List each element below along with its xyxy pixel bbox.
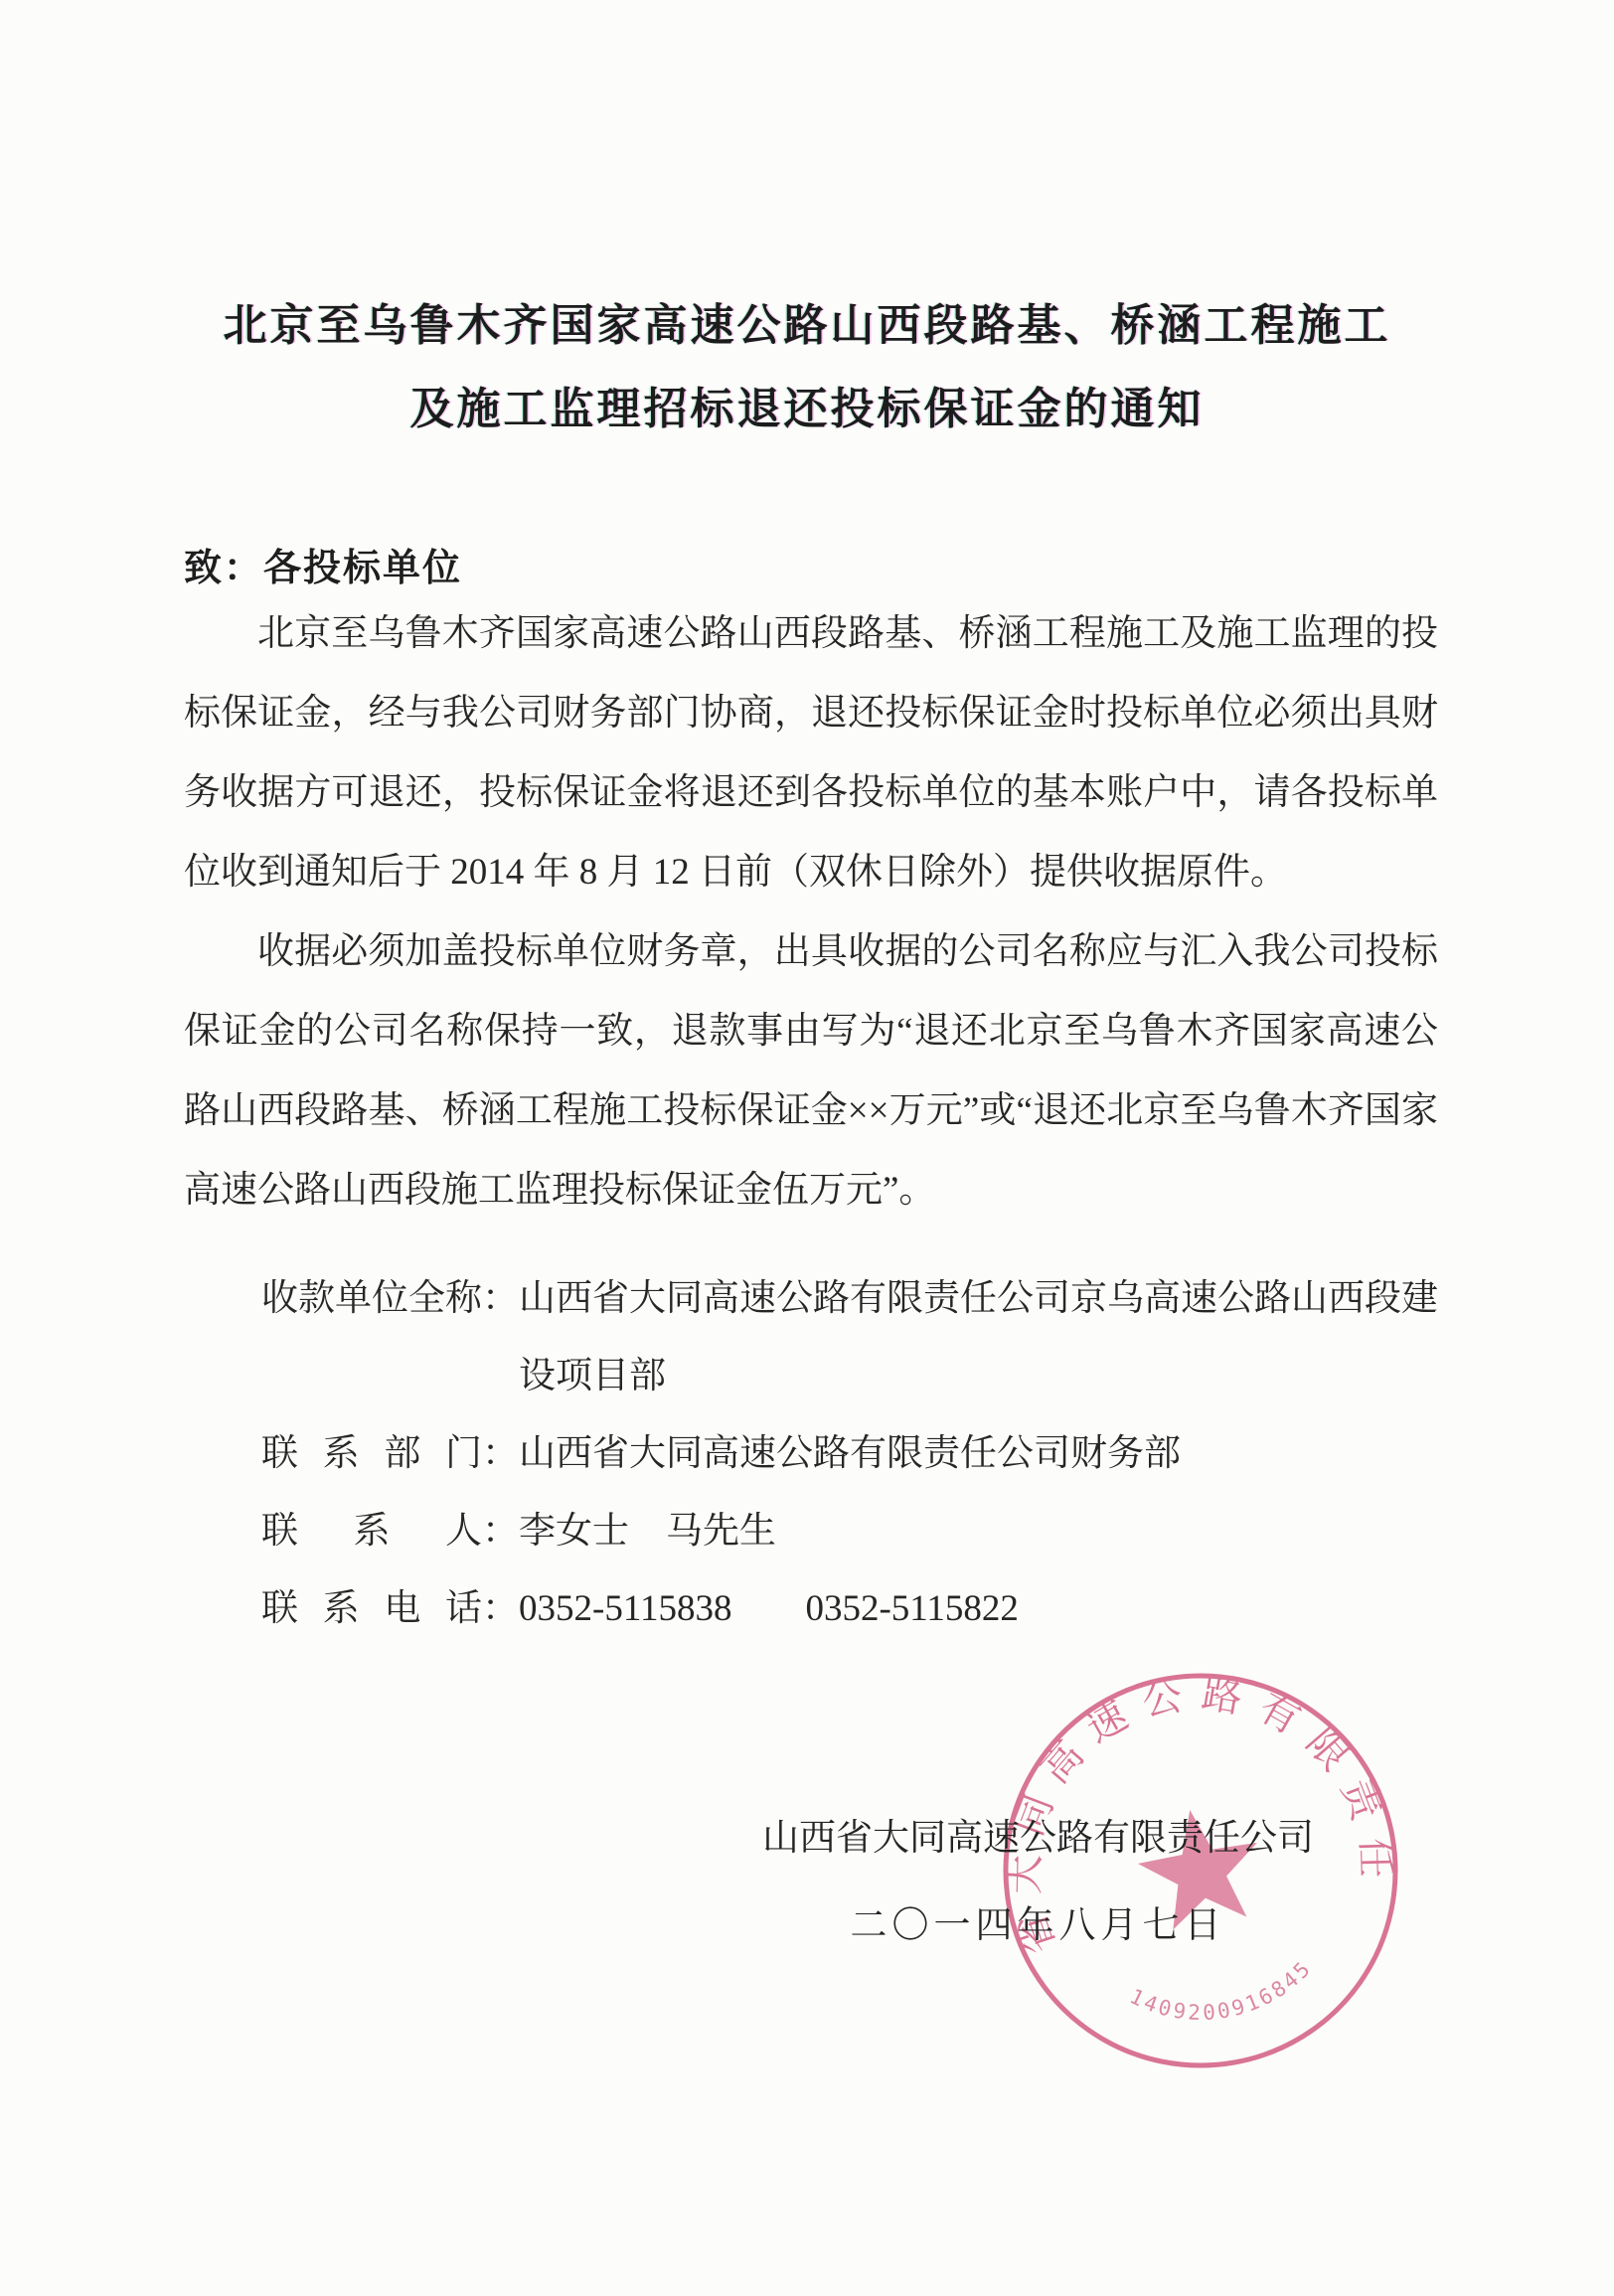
contact-value: 0352-5115838 0352-5115822 (519, 1570, 1438, 1648)
contact-row-person: 联系人：李女士 马先生 (261, 1493, 1438, 1570)
contact-label: 联系人 (261, 1493, 482, 1570)
paragraph-2: 收据必须加盖投标单位财务章，出具收据的公司名称应与汇入我公司投标保证金的公司名称… (184, 912, 1438, 1230)
body-text: 北京至乌鲁木齐国家高速公路山西段路基、桥涵工程施工及施工监理的投标保证金，经与我… (184, 594, 1438, 1230)
contact-label: 联系电话 (261, 1570, 482, 1648)
contact-colon: ： (482, 1415, 519, 1493)
paragraph-1: 北京至乌鲁木齐国家高速公路山西段路基、桥涵工程施工及施工监理的投标保证金，经与我… (184, 594, 1438, 912)
contact-row-phone: 联系电话：0352-5115838 0352-5115822 (261, 1570, 1438, 1648)
signature-block: 山西省大同高速公路有限责任公司 二〇一四年八月七日 (757, 1795, 1319, 1970)
salutation: 致：各投标单位 (184, 537, 462, 591)
contact-value: 山西省大同高速公路有限责任公司京乌高速公路山西段建设项目部 (519, 1260, 1438, 1415)
contact-label: 联系部门 (261, 1415, 482, 1493)
document-title: 北京至乌鲁木齐国家高速公路山西段路基、桥涵工程施工 及施工监理招标退还投标保证金… (0, 284, 1614, 451)
contact-colon: ： (482, 1570, 519, 1648)
document-page: 山西省大同高速公路有限责任公司 1409200916845 北京至乌鲁木齐国家高… (0, 0, 1614, 2296)
contact-row-department: 联系部门：山西省大同高速公路有限责任公司财务部 (261, 1415, 1438, 1493)
contact-colon: ： (482, 1260, 519, 1338)
document-title-line-2: 及施工监理招标退还投标保证金的通知 (0, 368, 1614, 451)
contact-value: 李女士 马先生 (519, 1493, 1438, 1570)
contact-label: 收款单位全称 (261, 1260, 482, 1338)
contact-block: 收款单位全称：山西省大同高速公路有限责任公司京乌高速公路山西段建设项目部 联系部… (261, 1260, 1438, 1648)
signature-company: 山西省大同高速公路有限责任公司 (757, 1795, 1319, 1883)
contact-row-payee-name: 收款单位全称：山西省大同高速公路有限责任公司京乌高速公路山西段建设项目部 (261, 1260, 1438, 1415)
signature-date: 二〇一四年八月七日 (757, 1883, 1319, 1970)
contact-colon: ： (482, 1493, 519, 1570)
document-title-line-1: 北京至乌鲁木齐国家高速公路山西段路基、桥涵工程施工 (0, 284, 1614, 368)
contact-value: 山西省大同高速公路有限责任公司财务部 (519, 1415, 1438, 1493)
